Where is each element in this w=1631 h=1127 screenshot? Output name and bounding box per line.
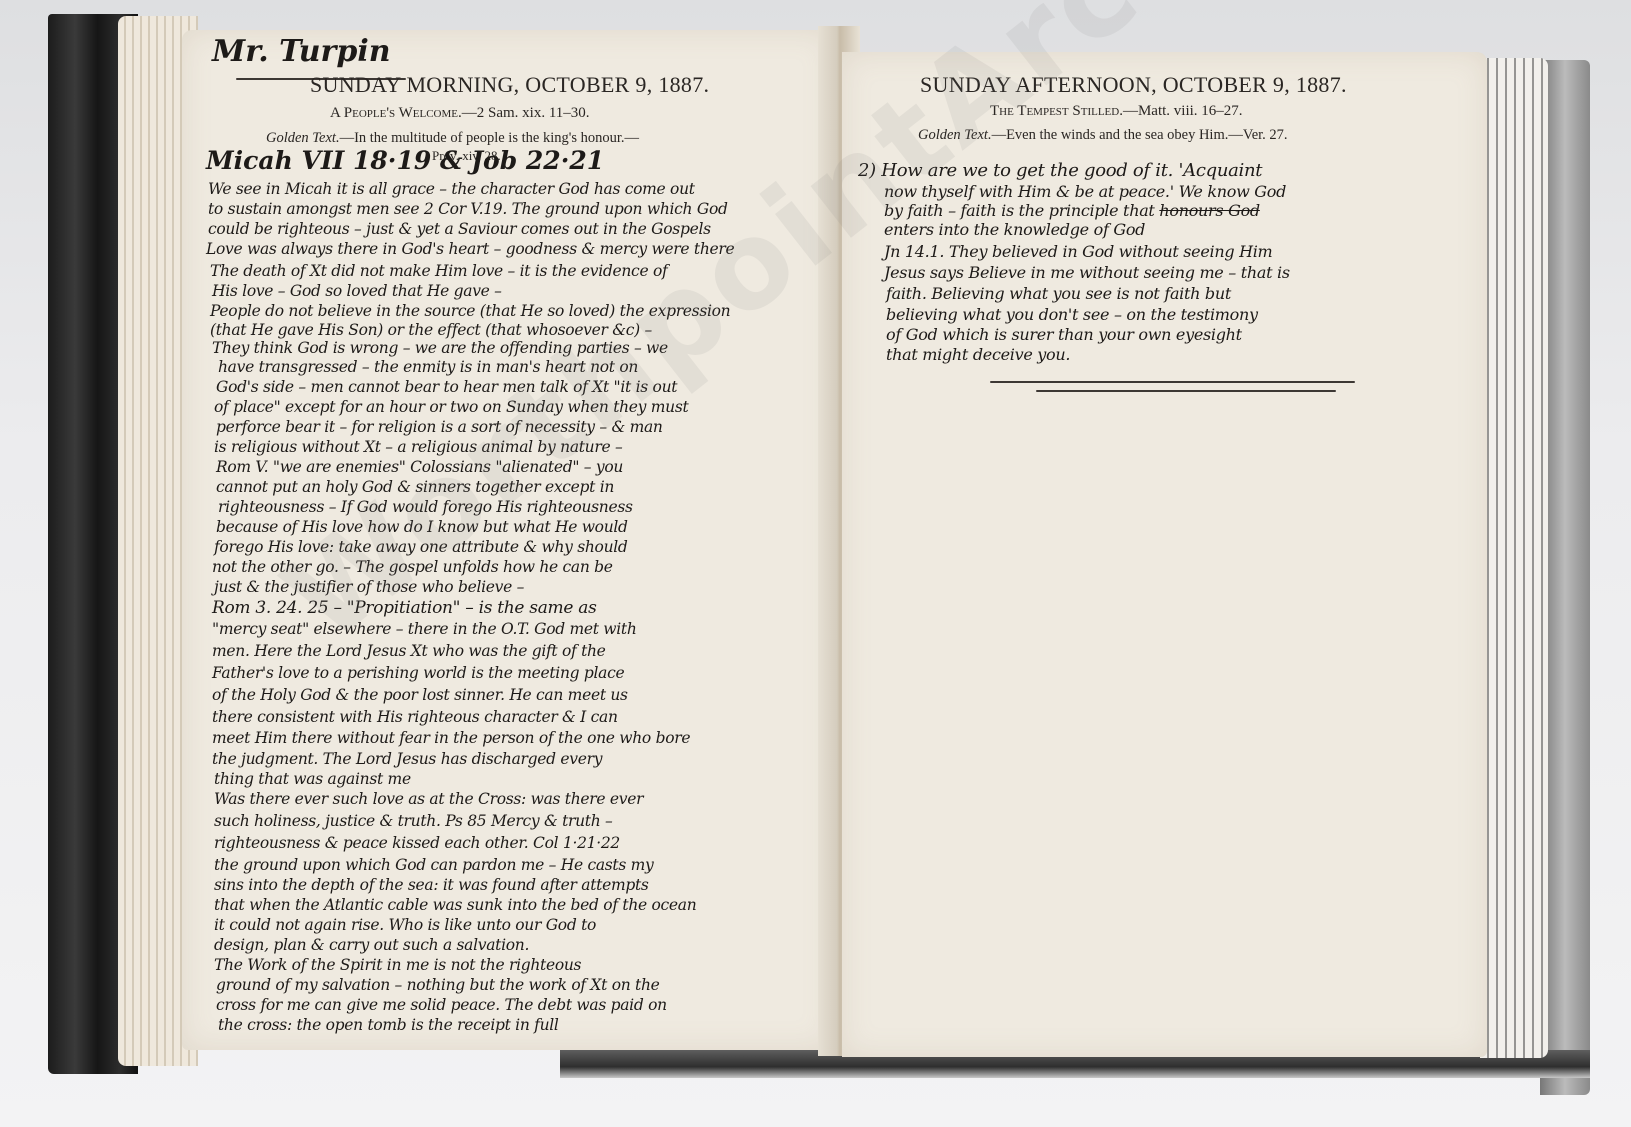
owner-signature: Mr. Turpin bbox=[212, 34, 391, 69]
note-line: design, plan & carry out such a salvatio… bbox=[214, 936, 529, 954]
golden-text-body: —In the multitude of people is the king'… bbox=[340, 130, 639, 146]
note-line: Father's love to a perishing world is th… bbox=[212, 664, 624, 682]
note-line: believing what you don't see – on the te… bbox=[886, 305, 1258, 324]
end-rule bbox=[1036, 390, 1336, 392]
page-edges-right bbox=[1480, 58, 1548, 1058]
lesson-reference: —Matt. viii. 16–27. bbox=[1123, 103, 1243, 119]
note-line: Was there ever such love as at the Cross… bbox=[214, 790, 643, 808]
note-line: Jn 14.1. They believed in God without se… bbox=[884, 242, 1272, 261]
golden-text-label: Golden Text. bbox=[266, 130, 340, 146]
struck-out-text: honours God bbox=[1159, 201, 1259, 220]
note-line: righteousness & peace kissed each other.… bbox=[214, 834, 620, 852]
note-line: sins into the depth of the sea: it was f… bbox=[214, 876, 649, 894]
note-line: the judgment. The Lord Jesus has dischar… bbox=[212, 750, 602, 768]
note-line: faith. Believing what you see is not fai… bbox=[886, 284, 1231, 303]
left-page-title: SUNDAY MORNING, OCTOBER 9, 1887. bbox=[310, 72, 709, 98]
note-line: that when the Atlantic cable was sunk in… bbox=[214, 896, 696, 914]
note-line: The death of Xt did not make Him love – … bbox=[210, 262, 667, 280]
note-line: the cross: the open tomb is the receipt … bbox=[218, 1016, 559, 1034]
note-line: thing that was against me bbox=[214, 770, 411, 788]
note-line: such holiness, justice & truth. Ps 85 Me… bbox=[214, 812, 613, 830]
note-line: men. Here the Lord Jesus Xt who was the … bbox=[212, 642, 606, 660]
lesson-name: A People's Welcome. bbox=[330, 105, 462, 121]
end-rule bbox=[990, 381, 1355, 383]
left-lesson-heading: A People's Welcome.—2 Sam. xix. 11–30. bbox=[330, 105, 590, 122]
note-line: Jesus says Believe in me without seeing … bbox=[884, 263, 1290, 282]
note-line: of the Holy God & the poor lost sinner. … bbox=[212, 686, 628, 704]
note-line: "mercy seat" elsewhere – there in the O.… bbox=[212, 620, 637, 638]
note-line: His love – God so loved that He gave – bbox=[212, 282, 502, 300]
note-line: there consistent with His righteous char… bbox=[212, 708, 618, 726]
lesson-reference: —2 Sam. xix. 11–30. bbox=[462, 105, 590, 121]
note-line: cross for me can give me solid peace. Th… bbox=[216, 996, 667, 1014]
left-golden-text: Golden Text.—In the multitude of people … bbox=[266, 130, 639, 147]
open-notebook: Mr. Turpin SUNDAY MORNING, OCTOBER 9, 18… bbox=[0, 0, 1631, 1127]
note-line: ground of my salvation – nothing but the… bbox=[216, 976, 660, 994]
note-line: to sustain amongst men see 2 Cor V.19. T… bbox=[208, 200, 728, 218]
note-line: meet Him there without fear in the perso… bbox=[212, 729, 690, 747]
note-line: The Work of the Spirit in me is not the … bbox=[214, 956, 581, 974]
note-line: enters into the knowledge of God bbox=[884, 220, 1145, 239]
note-line: could be righteous – just & yet a Saviou… bbox=[208, 220, 711, 238]
note-line: the ground upon which God can pardon me … bbox=[214, 856, 654, 874]
note-line: that might deceive you. bbox=[886, 345, 1070, 364]
note-line: We see in Micah it is all grace – the ch… bbox=[208, 180, 695, 198]
note-line: it could not again rise. Who is like unt… bbox=[214, 916, 596, 934]
note-line: of God which is surer than your own eyes… bbox=[886, 325, 1242, 344]
handwritten-heading: Micah VII 18·19 & Job 22·21 bbox=[206, 146, 604, 175]
